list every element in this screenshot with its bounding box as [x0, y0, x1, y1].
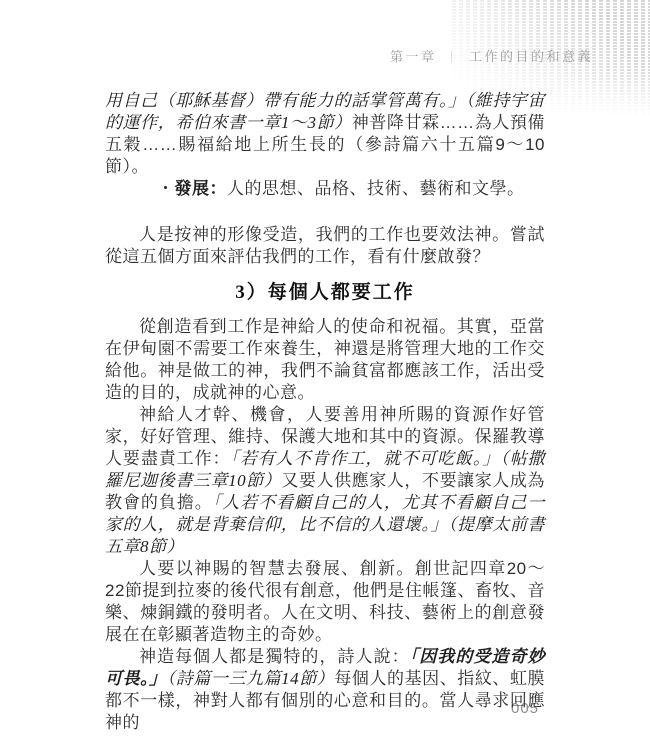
chapter-label: 第一章: [390, 49, 437, 64]
paragraph-reflect: 人是按神的形像受造，我們的工作也要效法神。嘗試從這五個方面來評估我們的工作，看有…: [105, 224, 545, 268]
paragraph-text: 神造每個人都是獨特的，詩人說：: [139, 647, 410, 666]
paragraph-creative: 人要以神賜的智慧去發展、創新。創世記四章20～22節提到拉麥的後代很有創意，他們…: [105, 558, 545, 646]
running-header: 第一章｜工作的目的和意義: [390, 46, 593, 65]
scripture-citation: （詩篇一三九篇14節）: [167, 669, 335, 688]
bullet-text: 人的思想、品格、技術、藝術和文學。: [227, 179, 525, 198]
bullet-label: 發展：: [175, 179, 228, 198]
paragraph-unique: 神造每個人都是獨特的，詩人說：「因我的受造奇妙可畏。」（詩篇一三九篇14節）每個…: [105, 646, 545, 734]
header-separator: ｜: [445, 50, 460, 64]
paragraph-intro: 用自己（耶穌基督）帶有能力的話掌管萬有。」（維持宇宙的運作，希伯來書一章1～3節…: [105, 90, 545, 178]
paragraph-creation: 從創造看到工作是神給人的使命和祝福。其實，亞當在伊甸園不需要工作來養生，神還是將…: [105, 316, 545, 404]
chapter-title: 工作的目的和意義: [469, 49, 593, 64]
bullet-marker: ・: [157, 179, 175, 198]
bullet-item-develop: ・發展：人的思想、品格、技術、藝術和文學。: [105, 178, 545, 200]
paragraph-steward: 神給人才幹、機會，人要善用神所賜的資源作好管家，好好管理、維持、保護大地和其中的…: [105, 404, 545, 558]
book-page: 第一章｜工作的目的和意義 用自己（耶穌基督）帶有能力的話掌管萬有。」（維持宇宙的…: [0, 0, 650, 750]
body-text: 用自己（耶穌基督）帶有能力的話掌管萬有。」（維持宇宙的運作，希伯來書一章1～3節…: [105, 90, 545, 734]
section-heading: 3）每個人都要工作: [105, 280, 545, 306]
